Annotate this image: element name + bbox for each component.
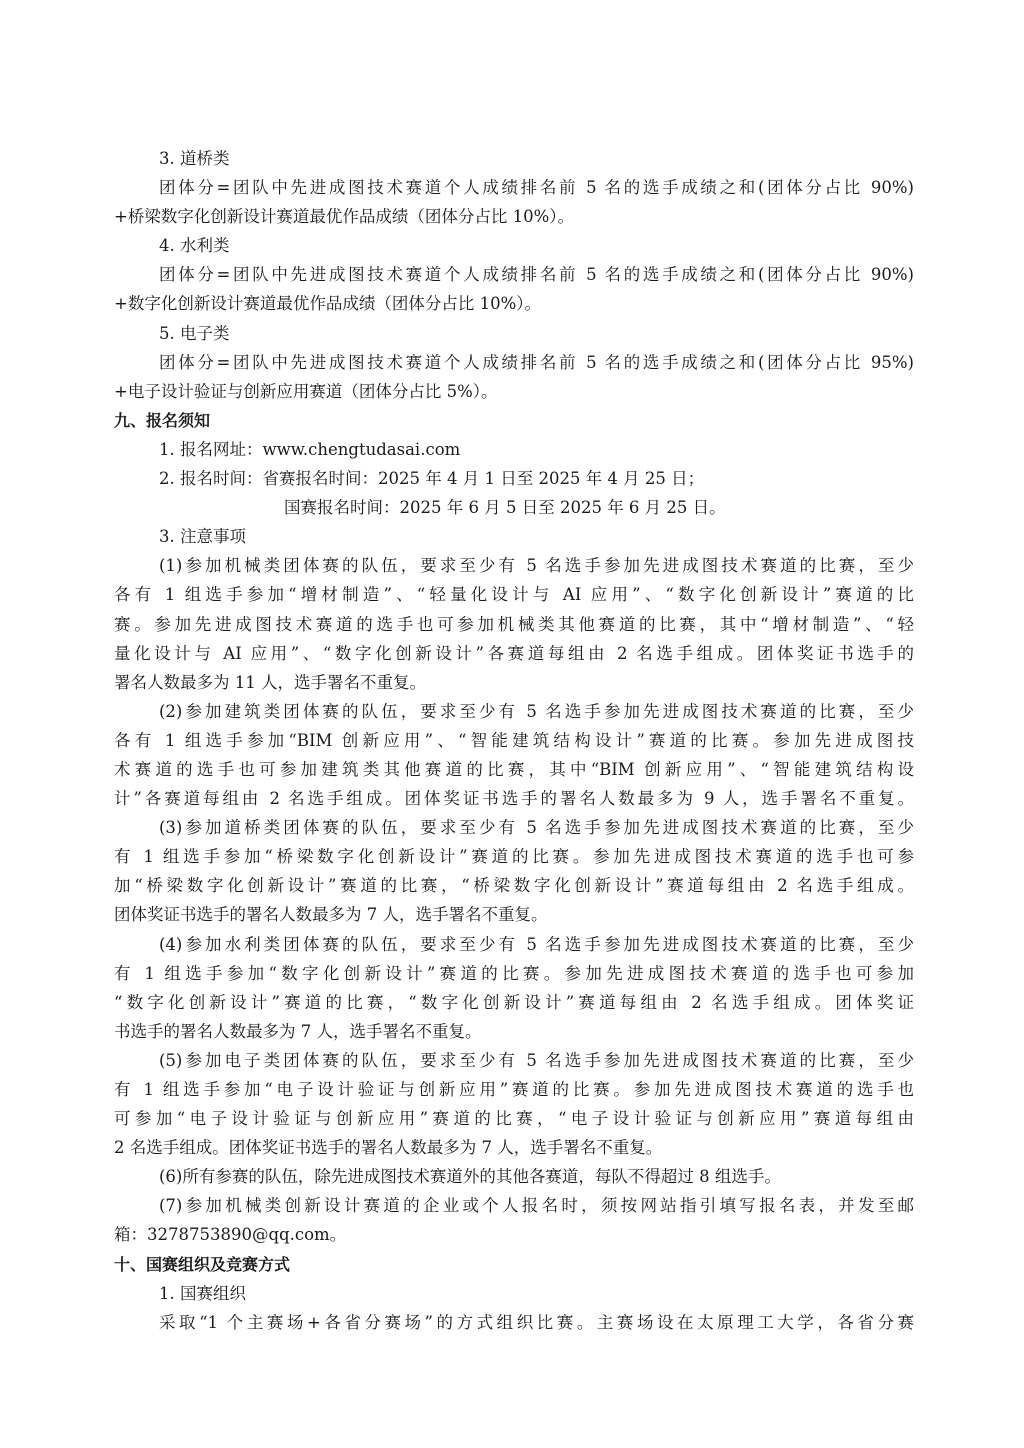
registration-url: 1. 报名网址：www.chengtudasai.com (114, 435, 914, 464)
note-line: “数字化创新设计”赛道的比赛，“数字化创新设计”赛道每组由 2 名选手组成。团体… (114, 988, 914, 1017)
note-line: (7)参加机械类创新设计赛道的企业或个人报名时，须按网站指引填写报名表，并发至邮 (114, 1191, 914, 1220)
item-title-shuili: 4. 水利类 (114, 231, 914, 260)
note-line: 各有 1 组选手参加“增材制造”、“轻量化设计与 AI 应用”、“数字化创新设计… (114, 580, 914, 609)
scoring-line: 团体分=团队中先进成图技术赛道个人成绩排名前 5 名的选手成绩之和(团体分占比 … (114, 348, 914, 377)
national-organization-paragraph: 采取“1 个主赛场+各省分赛场”的方式组织比赛。主赛场设在太原理工大学，各省分赛 (114, 1308, 914, 1337)
note-line: 团体奖证书选手的署名人数最多为 7 人，选手署名不重复。 (114, 900, 914, 929)
note-line: 计”各赛道每组由 2 名选手组成。团体奖证书选手的署名人数最多为 9 人，选手署… (114, 784, 914, 813)
note-line: 署名人数最多为 11 人，选手署名不重复。 (114, 668, 914, 697)
note-line: 各有 1 组选手参加“BIM 创新应用”、“智能建筑结构设计”赛道的比赛。参加先… (114, 726, 914, 755)
section-heading-national-organization: 十、国赛组织及竞赛方式 (114, 1250, 914, 1279)
note-email-line: 箱：3278753890@qq.com。 (114, 1220, 914, 1249)
note-line: (5)参加电子类团体赛的队伍，要求至少有 5 名选手参加先进成图技术赛道的比赛，… (114, 1046, 914, 1075)
note-line: 加“桥梁数字化创新设计”赛道的比赛，“桥梁数字化创新设计”赛道每组由 2 名选手… (114, 871, 914, 900)
scoring-line: +数字化创新设计赛道最优作品成绩（团体分占比 10%）。 (114, 289, 914, 318)
note-line: 有 1 组选手参加“电子设计验证与创新应用”赛道的比赛。参加先进成图技术赛道的选… (114, 1075, 914, 1104)
scoring-line: 团体分=团队中先进成图技术赛道个人成绩排名前 5 名的选手成绩之和(团体分占比 … (114, 173, 914, 202)
registration-time-national: 国赛报名时间：2025 年 6 月 5 日至 2025 年 6 月 25 日。 (114, 493, 914, 522)
item-title-dianzi: 5. 电子类 (114, 319, 914, 348)
item-title-daoqiao: 3. 道桥类 (114, 144, 914, 173)
note-line: 术赛道的选手也可参加建筑类其他赛道的比赛，其中“BIM 创新应用”、“智能建筑结… (114, 755, 914, 784)
document-page: 3. 道桥类 团体分=团队中先进成图技术赛道个人成绩排名前 5 名的选手成绩之和… (114, 144, 914, 1337)
note-line: 赛。参加先进成图技术赛道的选手也可参加机械类其他赛道的比赛，其中“增材制造”、“… (114, 610, 914, 639)
scoring-line: 团体分=团队中先进成图技术赛道个人成绩排名前 5 名的选手成绩之和(团体分占比 … (114, 260, 914, 289)
note-line: (2)参加建筑类团体赛的队伍，要求至少有 5 名选手参加先进成图技术赛道的比赛，… (114, 697, 914, 726)
national-organization-title: 1. 国赛组织 (114, 1279, 914, 1308)
note-line: 2 名选手组成。团体奖证书选手的署名人数最多为 7 人，选手署名不重复。 (114, 1133, 914, 1162)
note-line: (6)所有参赛的队伍，除先进成图技术赛道外的其他各赛道，每队不得超过 8 组选手… (114, 1162, 914, 1191)
note-line: 可参加“电子设计验证与创新应用”赛道的比赛，“电子设计验证与创新应用”赛道每组由 (114, 1104, 914, 1133)
note-line: 书选手的署名人数最多为 7 人，选手署名不重复。 (114, 1017, 914, 1046)
note-line: 量化设计与 AI 应用”、“数字化创新设计”各赛道每组由 2 名选手组成。团体奖… (114, 639, 914, 668)
note-line: (1)参加机械类团体赛的队伍，要求至少有 5 名选手参加先进成图技术赛道的比赛，… (114, 551, 914, 580)
note-line: (4)参加水利类团体赛的队伍，要求至少有 5 名选手参加先进成图技术赛道的比赛，… (114, 930, 914, 959)
note-line: 有 1 组选手参加“数字化创新设计”赛道的比赛。参加先进成图技术赛道的选手也可参… (114, 959, 914, 988)
scoring-line: +电子设计验证与创新应用赛道（团体分占比 5%）。 (114, 377, 914, 406)
scoring-line: +桥梁数字化创新设计赛道最优作品成绩（团体分占比 10%）。 (114, 202, 914, 231)
section-heading-registration: 九、报名须知 (114, 406, 914, 435)
notes-title: 3. 注意事项 (114, 522, 914, 551)
registration-time-provincial: 2. 报名时间：省赛报名时间：2025 年 4 月 1 日至 2025 年 4 … (114, 464, 914, 493)
note-line: (3)参加道桥类团体赛的队伍，要求至少有 5 名选手参加先进成图技术赛道的比赛，… (114, 813, 914, 842)
note-line: 有 1 组选手参加“桥梁数字化创新设计”赛道的比赛。参加先进成图技术赛道的选手也… (114, 842, 914, 871)
